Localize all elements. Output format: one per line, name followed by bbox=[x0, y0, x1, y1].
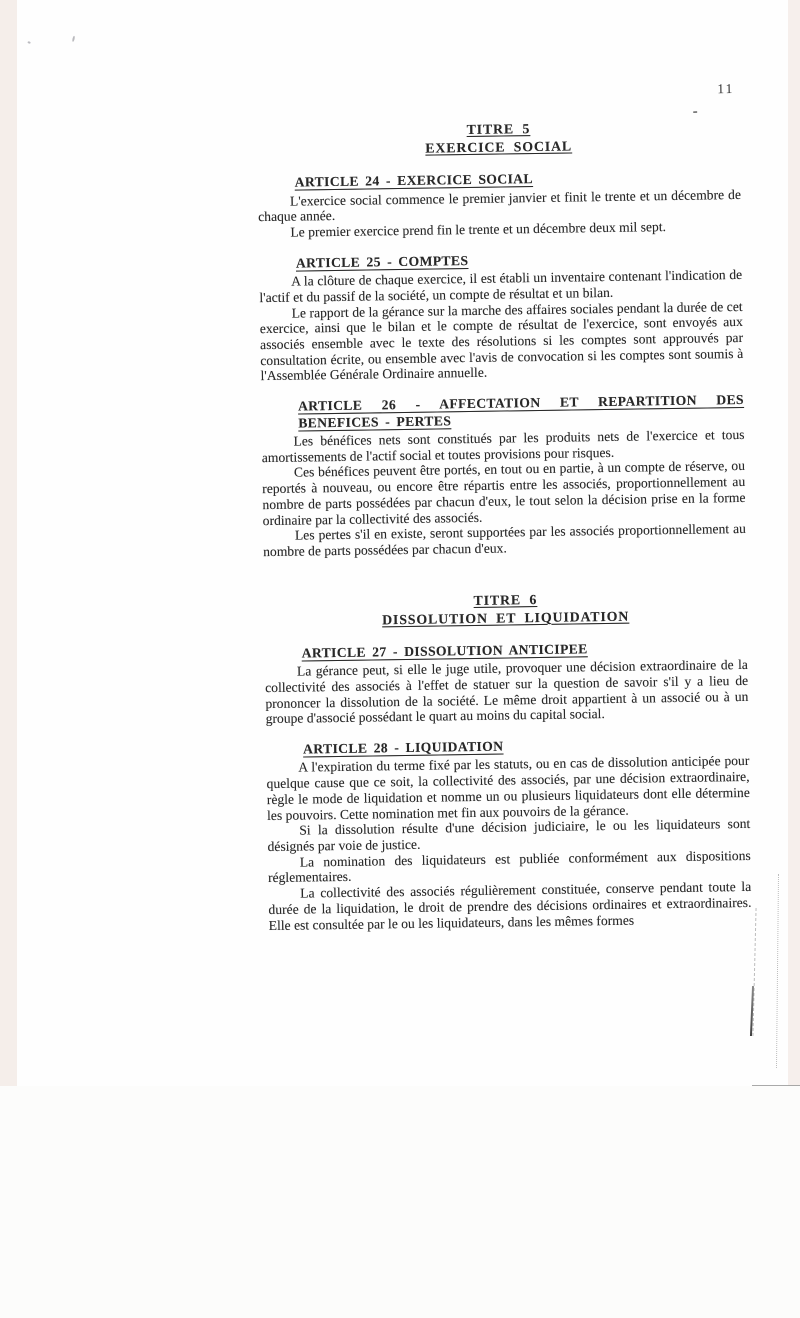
scan-speck bbox=[590, 923, 594, 925]
titre-5-heading-block: TITRE 5 EXERCICE SOCIAL bbox=[257, 117, 740, 160]
scan-speck bbox=[27, 41, 30, 44]
page-content-layer: 11 - TITRE 5 EXERCICE SOCIAL ARTICLE 24 … bbox=[0, 0, 800, 1092]
page-number: 11 bbox=[717, 81, 734, 97]
article-28: ARTICLE 28 - LIQUIDATION A l'expiration … bbox=[266, 735, 752, 933]
article-24: ARTICLE 24 - EXERCICE SOCIAL L'exercice … bbox=[258, 168, 742, 241]
scanned-document-canvas: 11 - TITRE 5 EXERCICE SOCIAL ARTICLE 24 … bbox=[0, 0, 800, 1318]
paragraph: A l'expiration du terme fixé par les sta… bbox=[266, 753, 750, 823]
paragraph: Le rapport de la gérance sur la marche d… bbox=[260, 298, 744, 384]
page-bottom-edge bbox=[752, 1085, 800, 1086]
scanned-page: 11 - TITRE 5 EXERCICE SOCIAL ARTICLE 24 … bbox=[0, 0, 800, 1086]
paragraph: La collectivité des associés régulièreme… bbox=[268, 879, 752, 933]
scan-speck bbox=[478, 923, 481, 926]
article-25: ARTICLE 25 - COMPTES A la clôture de cha… bbox=[259, 249, 744, 385]
article-27: ARTICLE 27 - DISSOLUTION ANTICIPEE La gé… bbox=[265, 639, 749, 727]
paragraph: La gérance peut, si elle le juge utile, … bbox=[265, 657, 749, 727]
paragraph: Les pertes s'il en existe, seront suppor… bbox=[263, 521, 746, 560]
article-26: ARTICLE 26 - AFFECTATION ET REPARTITION … bbox=[261, 392, 746, 560]
scan-speck bbox=[72, 36, 75, 42]
paragraph: Ces bénéfices peuvent être portés, en to… bbox=[262, 458, 746, 528]
document-body: TITRE 5 EXERCICE SOCIAL ARTICLE 24 - EXE… bbox=[257, 117, 752, 933]
titre-6-heading-block: TITRE 6 DISSOLUTION ET LIQUIDATION bbox=[264, 588, 747, 631]
article-26-heading: ARTICLE 26 - AFFECTATION ET REPARTITION … bbox=[298, 392, 744, 432]
